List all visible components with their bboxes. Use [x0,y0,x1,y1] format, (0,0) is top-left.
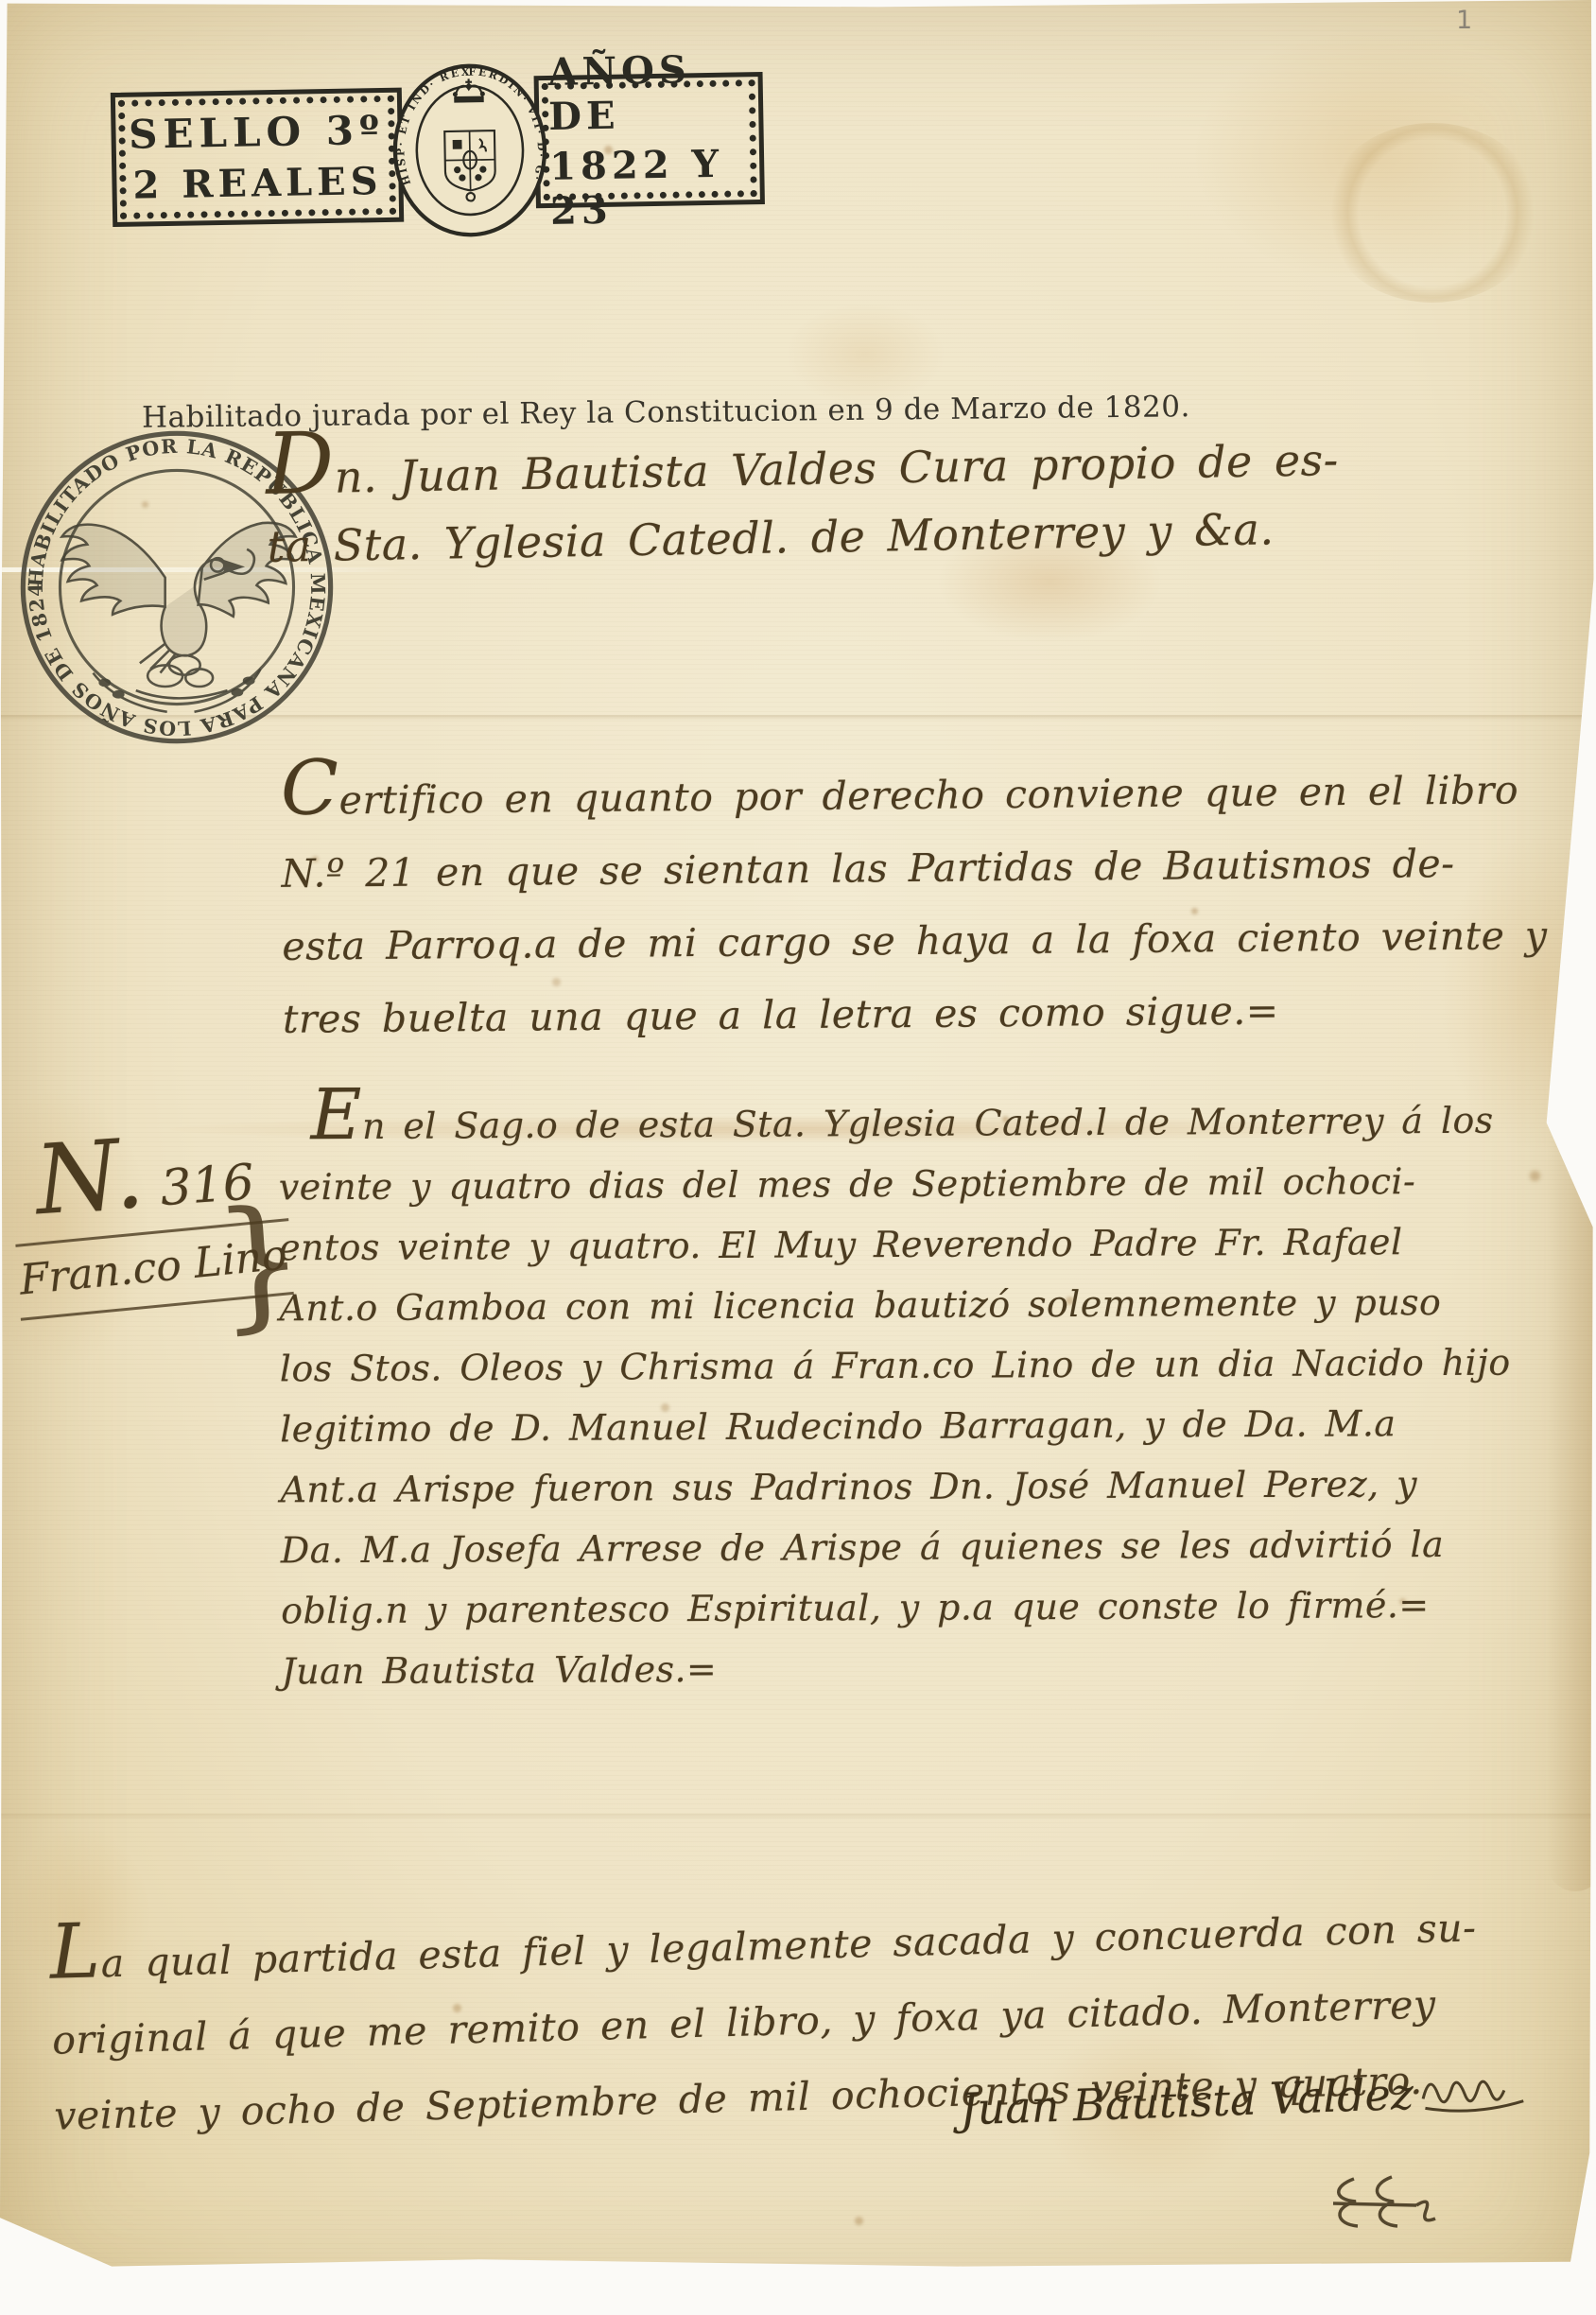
stamp-series-box: SELLO 3º 2 REALES [111,88,404,227]
stamp-years-label-2: 1822 Y 23 [549,141,752,234]
certify-line-2: N.º 21 en que se sientan las Partidas de… [281,827,1547,911]
stamp-years-box-inner: AÑOS DE 1822 Y 23 [542,79,757,200]
certify-line-3: esta Parroq.a de mi cargo se haya a la f… [282,899,1548,983]
aged-paper-sheet: 1 SELLO 3º 2 REALES HISP· ET IND· REX· [0,0,1596,2315]
record-line-3: entos veinte y quatro. El Muy Reverendo … [279,1211,1510,1279]
signature-flourish-icon [1322,2167,1445,2254]
signature-rubric-icon [1416,2063,1532,2119]
stain-center-upper [785,303,945,407]
stamp-years-box: AÑOS DE 1822 Y 23 [534,72,765,208]
royal-coat-of-arms-icon: HISP· ET IND· REX· FERDIN· VII· D· G· [388,34,552,262]
record-line-9: oblig.n y parentesco Espiritual, y p.a q… [281,1575,1512,1642]
stamp-years-label-1: AÑOS DE [547,46,750,139]
page-number-pencil-mark: 1 [1456,6,1472,35]
certification-opening-paragraph: Certifico en quanto por derecho conviene… [281,754,1549,1056]
record-line-10: Juan Bautista Valdes.= [281,1635,1512,1702]
fold-crease-lower [0,1814,1596,1819]
stain-ring-top-right [1324,123,1541,303]
stamp-value-label: 2 REALES [132,159,383,208]
record-line-6: legitimo de D. Manuel Rudecindo Barragan… [280,1393,1511,1460]
stamp-series-box-inner: SELLO 3º 2 REALES [118,96,396,219]
revenue-stamp: SELLO 3º 2 REALES HISP· ET IND· REX· FER… [110,44,766,267]
record-line-7: Ant.a Arispe fueron sus Padrinos Dn. Jos… [280,1453,1511,1521]
record-line-8: Da. M.a Josefa Arrese de Arispe á quiene… [281,1514,1512,1581]
margin-note: N. 316 Fran.co Lino } [10,1152,294,1317]
record-line-2: veinte y quatro dias del mes de Septiemb… [279,1151,1510,1218]
record-line-4: Ant.o Gamboa con mi licencia bautizó sol… [279,1272,1510,1339]
age-speckles [0,0,7,7]
certify-line-4: tres buelta una que a la letra es como s… [283,972,1549,1056]
stain-right-edge [1547,1021,1596,1891]
certify-line-1: Certifico en quanto por derecho conviene… [281,754,1547,838]
document-canvas: 1 SELLO 3º 2 REALES HISP· ET IND· REX· [0,0,1596,2315]
record-line-1: En el Sag.o de esta Sta. Yglesia Cated.l… [278,1090,1509,1157]
stamp-series-label: SELLO 3º [129,107,386,158]
heading-block: Dn. Juan Bautista Valdes Cura propio de … [266,426,1341,581]
stain-top-right [1191,28,1551,284]
baptism-record-paragraph: En el Sag.o de esta Sta. Yglesia Cated.l… [278,1090,1512,1702]
eagle-icon [62,523,296,712]
record-line-5: los Stos. Oleos y Chrisma á Fran.co Lino… [280,1332,1511,1400]
